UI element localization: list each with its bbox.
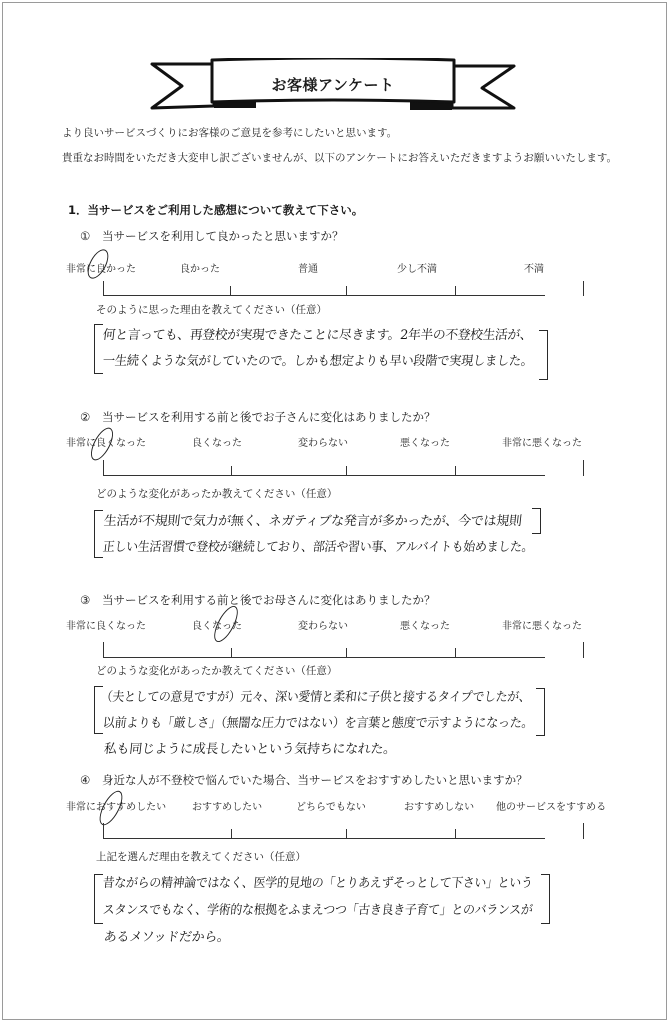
- scale-tick: [583, 281, 584, 296]
- scale-option-4[interactable]: おすすめしない: [404, 798, 474, 813]
- question-text: 当サービスを利用する前と後でお母さんに変化はありましたか？: [102, 593, 436, 607]
- scale-tick: [583, 460, 584, 476]
- scale-tick: [231, 648, 232, 658]
- scale-tick: [346, 648, 347, 658]
- scale-tick: [103, 281, 104, 296]
- page-title: お客様アンケート: [210, 74, 456, 95]
- scale-tick: [455, 648, 456, 658]
- handwritten-answer-line[interactable]: 正しい生活習慣で登校が継続しており、部活や習い事、アルバイトも始めました。: [102, 536, 535, 555]
- answer-bracket-right: [532, 508, 541, 534]
- scale-option-3[interactable]: 変わらない: [298, 617, 348, 632]
- scale-option-5[interactable]: 他のサービスをすすめる: [496, 798, 606, 813]
- answer-prompt: どのような変化があったか教えてください（任意）: [96, 486, 337, 501]
- scale-tick: [230, 286, 231, 296]
- answer-bracket-right: [539, 330, 548, 380]
- rating-scale-line: [103, 838, 545, 839]
- question-number: ②: [80, 410, 102, 424]
- scale-tick: [103, 823, 104, 839]
- handwritten-answer-line[interactable]: あるメソッドだから。: [103, 926, 231, 945]
- answer-prompt: そのように思った理由を教えてください（任意）: [96, 302, 327, 317]
- handwritten-answer-line[interactable]: 以前よりも「厳しさ」（無闇な圧力ではない）を言葉と態度で示すようになった。: [102, 712, 535, 731]
- scale-tick: [455, 829, 456, 839]
- scale-tick: [583, 823, 584, 839]
- scale-option-4[interactable]: 少し不満: [397, 260, 437, 275]
- question-number: ①: [80, 229, 102, 243]
- question-text: 身近な人が不登校で悩んでいた場合、当サービスをおすすめしたいと思いますか？: [102, 773, 528, 787]
- scale-option-4[interactable]: 悪くなった: [400, 434, 450, 449]
- answer-bracket-right: [541, 874, 550, 924]
- handwritten-answer-line[interactable]: スタンスでもなく、学術的な根拠をふまえつつ「古き良き子育て」とのバランスが: [102, 899, 534, 918]
- question-text: 当サービスを利用する前と後でお子さんに変化はありましたか？: [102, 410, 436, 424]
- scale-option-2[interactable]: 良かった: [180, 260, 220, 275]
- rating-scale-line: [103, 295, 545, 296]
- scale-tick: [346, 829, 347, 839]
- question-text: 当サービスを利用して良かったと思いますか？: [102, 229, 344, 243]
- handwritten-answer-line[interactable]: （夫としての意見ですが）元々、深い愛情と柔和に子供と接するタイプでしたが、: [100, 686, 532, 705]
- answer-prompt: どのような変化があったか教えてください（任意）: [96, 663, 337, 678]
- scale-option-1[interactable]: 非常に良くなった: [66, 617, 146, 632]
- scale-option-3[interactable]: 変わらない: [298, 434, 348, 449]
- handwritten-answer-line[interactable]: 昔ながらの精神論ではなく、医学的見地の「とりあえずそっとして下さい」という: [102, 872, 534, 891]
- scale-option-5[interactable]: 非常に悪くなった: [502, 617, 582, 632]
- question-1: ①当サービスを利用して良かったと思いますか？: [80, 228, 344, 244]
- rating-scale-line: [103, 657, 545, 658]
- intro-line-2: 貴重なお時間をいただき大変申し訳ございませんが、以下のアンケートにお答えいただき…: [62, 150, 617, 165]
- scale-tick: [346, 466, 347, 476]
- answer-prompt: 上記を選んだ理由を教えてください（任意）: [96, 849, 306, 864]
- scale-option-5[interactable]: 不満: [524, 260, 544, 275]
- scale-tick: [455, 286, 456, 296]
- question-number: ③: [80, 593, 102, 607]
- question-3: ③当サービスを利用する前と後でお母さんに変化はありましたか？: [80, 592, 436, 608]
- rating-scale-line: [103, 475, 545, 476]
- scale-tick: [346, 286, 347, 296]
- scale-tick: [231, 466, 232, 476]
- scale-option-3[interactable]: どちらでもない: [296, 798, 366, 813]
- question-number: ④: [80, 773, 102, 787]
- scale-option-4[interactable]: 悪くなった: [400, 617, 450, 632]
- handwritten-answer-line[interactable]: 一生続くような気がしていたので。しかも想定よりも早い段階で実現しました。: [102, 350, 534, 369]
- question-2: ②当サービスを利用する前と後でお子さんに変化はありましたか？: [80, 409, 436, 425]
- scale-tick: [103, 642, 104, 658]
- section-heading: 1．当サービスをご利用した感想について教えて下さい。: [68, 202, 363, 218]
- question-4: ④身近な人が不登校で悩んでいた場合、当サービスをおすすめしたいと思いますか？: [80, 772, 528, 788]
- intro-line-1: より良いサービスづくりにお客様のご意見を参考にしたいと思います。: [62, 125, 397, 140]
- scale-tick: [231, 829, 232, 839]
- scale-tick: [103, 460, 104, 476]
- handwritten-answer-line[interactable]: 私も同じように成長したいという気持ちになれた。: [103, 738, 397, 757]
- scale-tick: [583, 642, 584, 658]
- scale-tick: [455, 466, 456, 476]
- handwritten-answer-line[interactable]: 何と言っても、再登校が実現できたことに尽きます。2年半の不登校生活が、: [102, 324, 534, 343]
- scale-option-5[interactable]: 非常に悪くなった: [502, 434, 582, 449]
- scale-option-3[interactable]: 普通: [298, 260, 318, 275]
- answer-bracket-right: [536, 688, 545, 736]
- handwritten-answer-line[interactable]: 生活が不規則で気力が無く、ネガティブな発言が多かったが、今では規則: [103, 510, 523, 529]
- scale-option-2[interactable]: 良くなった: [192, 434, 242, 449]
- scale-option-2[interactable]: おすすめしたい: [192, 798, 262, 813]
- title-banner: お客様アンケート: [148, 58, 518, 116]
